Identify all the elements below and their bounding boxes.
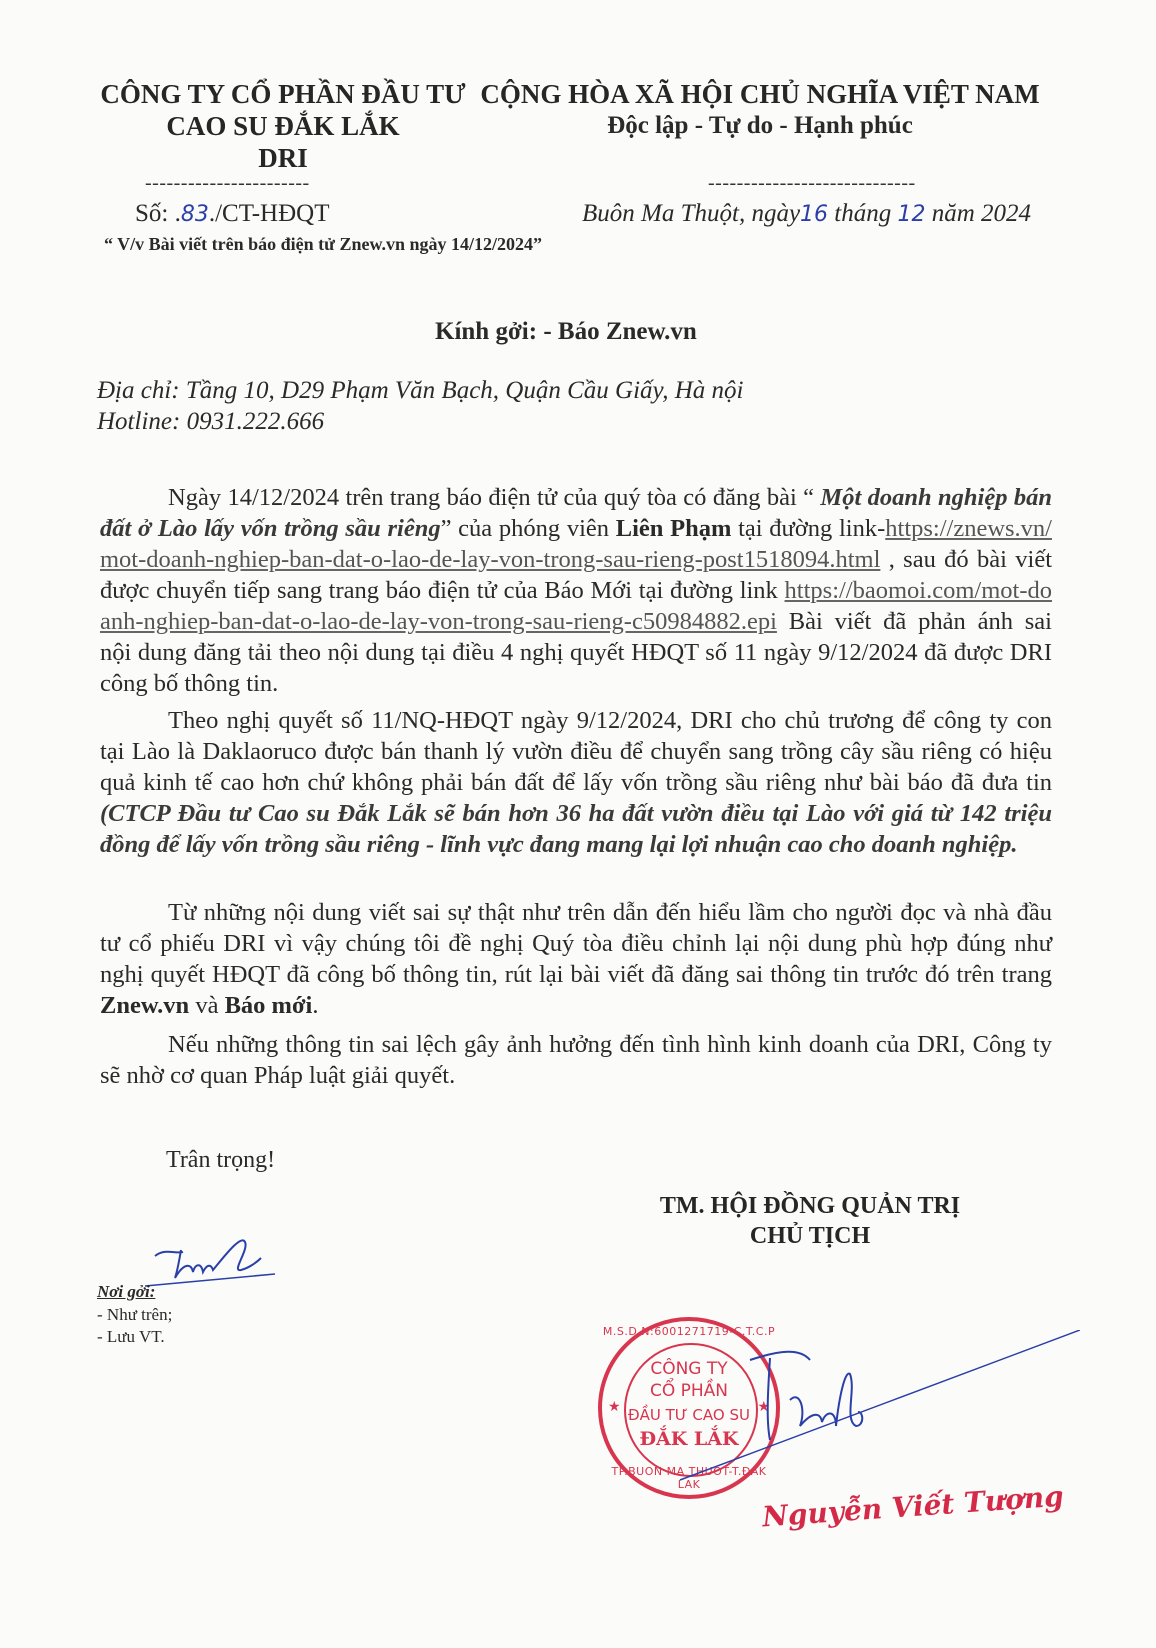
- document-number: Số: .83./CT-HĐQT: [135, 200, 329, 228]
- recipient-item: - Lưu VT.: [97, 1326, 172, 1348]
- closing-regards: Trân trọng!: [166, 1147, 275, 1174]
- company-name-line3: DRI: [88, 142, 478, 174]
- signer-title: CHỦ TỊCH: [620, 1220, 1000, 1252]
- initial-signature: [145, 1228, 265, 1288]
- chairman-signature: [650, 1330, 1080, 1490]
- company-name: CÔNG TY CỔ PHẦN ĐẦU TƯ CAO SU ĐẮK LẮK DR…: [88, 78, 478, 174]
- national-title: CỘNG HÒA XÃ HỘI CHỦ NGHĨA VIỆT NAM: [480, 78, 1040, 110]
- company-name-line1: CÔNG TY CỔ PHẦN ĐẦU TƯ: [88, 78, 478, 110]
- place-date: Buôn Ma Thuột, ngày16 tháng 12 năm 2024: [582, 200, 1031, 228]
- body-paragraph-2: Theo nghị quyết số 11/NQ-HĐQT ngày 9/12/…: [100, 705, 1052, 860]
- quoted-article-excerpt: (CTCP Đầu tư Cao su Đắk Lắk sẽ bán hơn 3…: [100, 800, 1052, 858]
- national-motto: Độc lập - Tự do - Hạnh phúc: [480, 110, 1040, 142]
- recipients-label: Nơi gởi:: [97, 1282, 155, 1302]
- company-divider: -----------------------: [145, 172, 310, 195]
- recipient-item: - Như trên;: [97, 1304, 172, 1326]
- body-paragraph-4: Nếu những thông tin sai lệch gây ảnh hưở…: [100, 1029, 1052, 1091]
- company-name-line2: CAO SU ĐẮK LẮK: [88, 110, 478, 142]
- recipient-hotline: Hotline: 0931.222.666: [97, 408, 324, 436]
- signer-role: TM. HỘI ĐỒNG QUẢN TRỊ: [620, 1190, 1000, 1222]
- handwritten-number: 83: [181, 202, 209, 227]
- national-divider: -----------------------------: [708, 172, 916, 195]
- recipient-to: Kính gởi: - Báo Znew.vn: [435, 318, 697, 346]
- reporter-name: Liên Phạm: [616, 515, 732, 542]
- body-paragraph-1: Ngày 14/12/2024 trên trang báo điện tử c…: [100, 482, 1052, 699]
- document-subject: “ V/v Bài viết trên báo điện tử Znew.vn …: [104, 234, 542, 255]
- recipient-address: Địa chỉ: Tầng 10, D29 Phạm Văn Bạch, Quậ…: [97, 377, 743, 405]
- handwritten-day: 16: [800, 202, 828, 227]
- body-paragraph-3: Từ những nội dung viết sai sự thật như t…: [100, 897, 1052, 1021]
- handwritten-month: 12: [898, 202, 926, 227]
- recipients-list: - Như trên; - Lưu VT.: [97, 1304, 172, 1348]
